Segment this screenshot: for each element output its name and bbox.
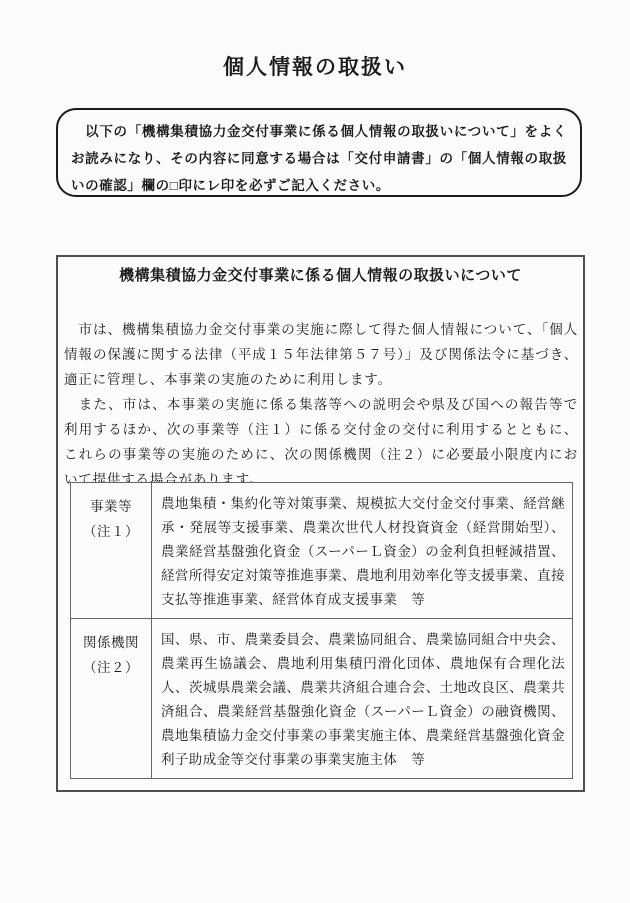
notice-box: 以下の「機構集積協力金交付事業に係る個人情報の取扱いについて」をよくお読みになり…	[56, 108, 582, 197]
row-header-label: 事業等	[72, 494, 150, 519]
main-box-body: 市は、機構集積協力金交付事業の実施に際して得た個人情報について、「個人情報の保護…	[64, 317, 578, 492]
notice-text: 以下の「機構集積協力金交付事業に係る個人情報の取扱いについて」をよくお読みになり…	[71, 118, 567, 199]
row-header-note: （注２）	[72, 655, 150, 680]
row-content-organizations: 国、県、市、農業委員会、農業協同組合、農業協同組合中央会、農業再生協議会、農地利…	[152, 619, 573, 779]
document-page: 個人情報の取扱い 以下の「機構集積協力金交付事業に係る個人情報の取扱いについて」…	[0, 0, 630, 903]
main-box-title: 機構集積協力金交付事業に係る個人情報の取扱いについて	[58, 264, 583, 285]
main-box: 機構集積協力金交付事業に係る個人情報の取扱いについて 市は、機構集積協力金交付事…	[56, 255, 585, 792]
info-table: 事業等 （注１） 農地集積・集約化等対策事業、規模拡大交付金交付事業、経営継承・…	[70, 482, 573, 779]
page-title: 個人情報の取扱い	[0, 51, 630, 81]
paragraph-usage: 市は、機構集積協力金交付事業の実施に際して得た個人情報について、「個人情報の保護…	[64, 317, 578, 392]
row-header-label: 関係機関	[72, 630, 150, 655]
row-header-note: （注１）	[72, 519, 150, 544]
row-header-organizations: 関係機関 （注２）	[71, 619, 152, 779]
row-header-projects: 事業等 （注１）	[71, 483, 152, 619]
table-row-organizations: 関係機関 （注２） 国、県、市、農業委員会、農業協同組合、農業協同組合中央会、農…	[71, 619, 573, 779]
row-content-projects: 農地集積・集約化等対策事業、規模拡大交付金交付事業、経営継承・発展等支援事業、農…	[152, 483, 573, 619]
table-row-projects: 事業等 （注１） 農地集積・集約化等対策事業、規模拡大交付金交付事業、経営継承・…	[71, 483, 573, 619]
paragraph-provision: また、市は、本事業の実施に係る集落等への説明会や県及び国への報告等で利用するほか…	[64, 392, 578, 492]
